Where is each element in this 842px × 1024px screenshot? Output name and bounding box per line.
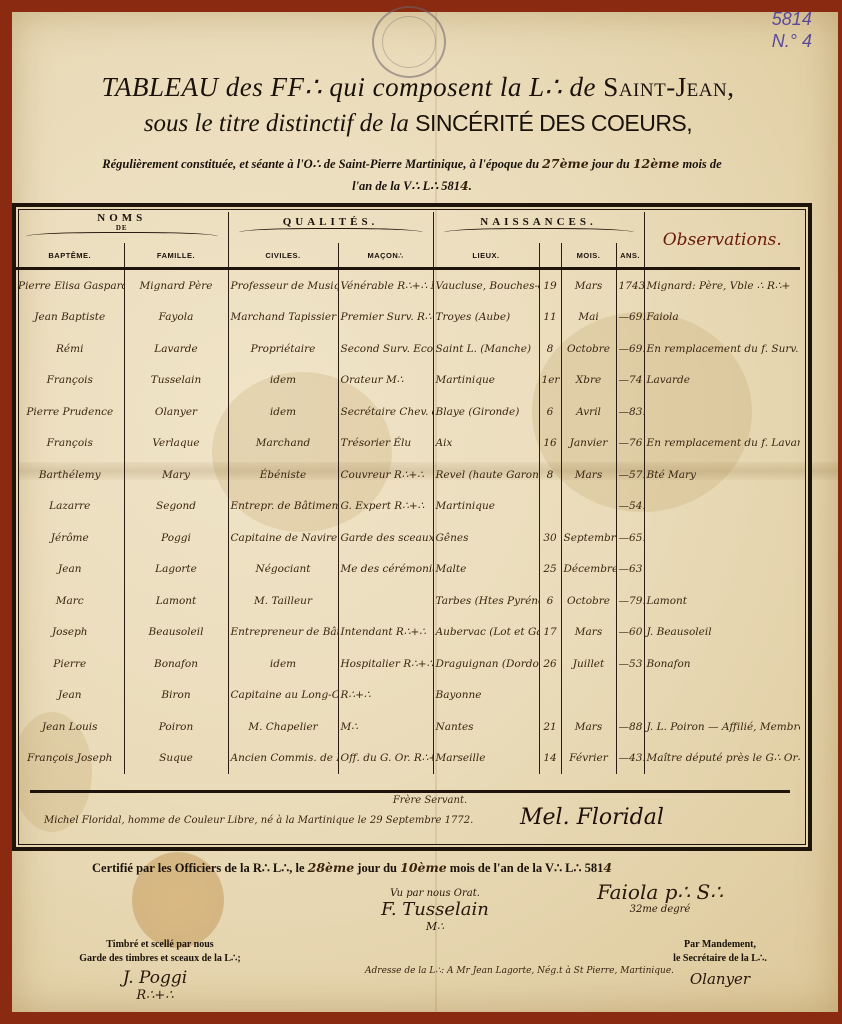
header-observations: Observations. [644,212,800,269]
cell-obs: En remplacement du f. Lavarde — Verlaque [644,428,800,460]
header-qualites: QUALITÉS. [228,212,433,243]
col-ans: ANS. [616,243,644,269]
cell-jour: 8 [539,459,561,491]
cell-macon: Secrétaire Chev. d'Or [338,396,433,428]
cell-famille: Fayola [124,302,228,334]
cell-lieu: Malte [433,554,539,586]
col-bapteme: BAPTÊME. [16,243,124,269]
cell-macon: Premier Surv. R∴+∴ N° [338,302,433,334]
cell-obs: En remplacement du f. Surv. absent de l'… [644,333,800,365]
cell-bapteme: Marc [16,585,124,617]
cell-lieu: Nantes [433,711,539,743]
orator-note: Vu par nous Orat. [360,888,510,899]
cell-obs [644,554,800,586]
cell-an: —76 [616,428,644,460]
cell-lieu: Gênes [433,522,539,554]
cell-mois: Mars [561,269,616,302]
header-naissances: NAISSANCES. [433,212,644,243]
lodge-address: Adresse de la L∴: A Mr Jean Lagorte, Nég… [365,966,674,976]
cell-bapteme: Pierre [16,648,124,680]
header-noms: NOMS DE [16,212,228,243]
cell-an: —69. [616,333,644,365]
cell-lieu: Vaucluse, Bouches-du-Rhône [433,269,539,302]
col-civiles: CIVILES. [228,243,338,269]
title-text: l'an de la V∴ L∴ 581 [352,179,460,193]
table-row: François JosephSuqueAncien Commis. de Ma… [16,743,800,775]
cell-an: —79. [616,585,644,617]
cell-macon: Intendant R∴+∴ [338,617,433,649]
servant-signature: Mel. Floridal [520,805,664,830]
table-row: BarthélemyMaryÉbénisteCouvreur R∴+∴Revel… [16,459,800,491]
secretary-label: Par Mandement, [630,938,810,952]
cell-mois: Mars [561,459,616,491]
table-row: LazarreSegondEntrepr. de Bâtiments & Voy… [16,491,800,523]
cell-famille: Tusselain [124,365,228,397]
cell-lieu: Bayonne [433,680,539,712]
cell-lieu: Troyes (Aube) [433,302,539,334]
cell-macon [338,585,433,617]
cell-bapteme: Jean [16,554,124,586]
cell-mois: Janvier [561,428,616,460]
cell-jour: 6 [539,396,561,428]
cell-jour: 16 [539,428,561,460]
brace-icon [26,232,218,243]
members-register-table: NOMS DE QUALITÉS. NAISSANCES. Observatio… [16,212,800,774]
cell-an: —65. [616,522,644,554]
cell-an: —57. [616,459,644,491]
cell-obs: Lamont [644,585,800,617]
cell-bapteme: Jean [16,680,124,712]
cell-mois: Février [561,743,616,775]
cell-civiles: Capitaine au Long-Cours [228,680,338,712]
cert-text: jour du [357,861,397,875]
title-text: TABLEAU des FF∴ qui composent la L∴ de [101,72,596,102]
cell-civiles: idem [228,396,338,428]
cell-obs: Faiola [644,302,800,334]
cell-lieu: Martinique [433,491,539,523]
cell-bapteme: Jean Baptiste [16,302,124,334]
cell-civiles: idem [228,365,338,397]
cell-an: —43. [616,743,644,775]
cell-famille: Poggi [124,522,228,554]
cell-lieu: Marseille [433,743,539,775]
title-text: sous le titre distinctif de la [144,110,409,137]
cell-jour: 8 [539,333,561,365]
header-label: NAISSANCES. [480,216,596,228]
cell-macon: Couvreur R∴+∴ [338,459,433,491]
table-row: FrançoisVerlaqueMarchandTrésorier ÉluAix… [16,428,800,460]
cell-famille: Beausoleil [124,617,228,649]
brace-icon [444,228,634,239]
cell-jour [539,680,561,712]
cell-macon: Vénérable R∴+∴ N° [338,269,433,302]
cell-famille: Suque [124,743,228,775]
cell-jour: 30 [539,522,561,554]
keeper-label: Timbré et scellé par nous [40,938,280,952]
orator-grade: M∴ [360,920,510,933]
archive-ref-number: N.° 4 [772,30,812,52]
cell-obs: Bté Mary [644,459,800,491]
title-text: mois de [682,157,721,171]
cell-famille: Bonafon [124,648,228,680]
cell-famille: Lavarde [124,333,228,365]
cell-lieu: Revel (haute Garonne) [433,459,539,491]
cell-lieu: Aubervac (Lot et Garonne) [433,617,539,649]
cert-text: Certifié par les Officiers de la R∴ L∴, … [92,861,305,875]
cell-jour: 26 [539,648,561,680]
cell-civiles: idem [228,648,338,680]
handwritten-month: 10ème [400,860,447,875]
cell-jour: 25 [539,554,561,586]
cell-famille: Poiron [124,711,228,743]
keeper-signature-block: J. Poggi R∴+∴ [90,968,220,1003]
cell-mois: Septembre [561,522,616,554]
cell-an: —74 [616,365,644,397]
table-row: Jean BaptisteFayolaMarchand TapissierPre… [16,302,800,334]
table-row: FrançoisTusselainidemOrateur M∴Martiniqu… [16,365,800,397]
table-row: PierreBonafonidemHospitalier R∴+∴Draguig… [16,648,800,680]
cell-famille: Lagorte [124,554,228,586]
cell-civiles: Professeur de Musique [228,269,338,302]
cell-obs [644,491,800,523]
cell-jour: 17 [539,617,561,649]
cell-an [616,680,644,712]
cell-famille: Segond [124,491,228,523]
cell-mois: Mai [561,302,616,334]
handwritten-day: 28ème [308,860,355,875]
cell-mois: Octobre [561,585,616,617]
cell-civiles: Entrepr. de Bâtiments & Voyer [228,491,338,523]
lodge-seal-stamp-icon [372,6,446,78]
cell-famille: Olanyer [124,396,228,428]
cell-civiles: Marchand Tapissier [228,302,338,334]
servant-label: Frère Servant. [393,795,467,806]
keeper-signature: J. Poggi [90,968,220,988]
table-row: JérômePoggiCapitaine de NavireGarde des … [16,522,800,554]
cell-macon: Second Surv. Ecossais [338,333,433,365]
handwritten-month: 12ème [633,156,680,171]
lodge-name: Saint-Jean, [603,72,734,102]
table-row: Jean LouisPoironM. ChapelierM∴Nantes21Ma… [16,711,800,743]
cell-jour: 6 [539,585,561,617]
header-label: DE [18,224,226,232]
cell-jour: 14 [539,743,561,775]
cell-bapteme: François Joseph [16,743,124,775]
cell-famille: Lamont [124,585,228,617]
handwritten-day: 27ème [542,156,589,171]
cell-obs: Bonafon [644,648,800,680]
header-label: NOMS [97,212,146,224]
col-jour [539,243,561,269]
cell-mois: Mars [561,711,616,743]
cell-famille: Mary [124,459,228,491]
cell-civiles: Ébéniste [228,459,338,491]
cell-bapteme: Jérôme [16,522,124,554]
cell-obs [644,522,800,554]
cell-lieu: Tarbes (Htes Pyrénées) [433,585,539,617]
cert-text: mois de l'an de la V∴ L∴ 581 [450,861,604,875]
title-text: . [469,179,472,193]
cell-macon: Orateur M∴ [338,365,433,397]
cell-an: —83. [616,396,644,428]
cell-an: —88 [616,711,644,743]
cell-obs: Mignard: Père, Vble ∴ R∴+ [644,269,800,302]
cell-bapteme: Joseph [16,617,124,649]
cell-civiles: M. Chapelier [228,711,338,743]
cell-famille: Mignard Père [124,269,228,302]
orator-signature-block: Vu par nous Orat. F. Tusselain M∴ [360,888,510,933]
cell-obs: Lavarde [644,365,800,397]
secretary-signature: Olanyer [670,970,770,988]
cell-jour: 19 [539,269,561,302]
cell-obs: J. Beausoleil [644,617,800,649]
title-line-2: sous le titre distinctif de la SINCÉRITÉ… [18,110,818,138]
cell-bapteme: François [16,365,124,397]
cell-civiles: Entrepreneur de Bâtiments [228,617,338,649]
cell-bapteme: Jean Louis [16,711,124,743]
title-line-4: l'an de la V∴ L∴ 5814. [8,178,816,194]
cell-obs [644,396,800,428]
cell-civiles: Capitaine de Navire [228,522,338,554]
cell-famille: Verlaque [124,428,228,460]
table-row: RémiLavardePropriétaireSecond Surv. Ecos… [16,333,800,365]
table-row: Pierre Elisa GaspardMignard PèreProfesse… [16,269,800,302]
cell-mois [561,491,616,523]
cell-bapteme: Pierre Prudence [16,396,124,428]
cell-civiles: M. Tailleur [228,585,338,617]
cell-lieu: Aix [433,428,539,460]
servant-text: Michel Floridal, homme de Couleur Libre,… [44,815,473,826]
cell-obs: Maître député près le G∴ Or∴ de France [644,743,800,775]
handwritten-year-digit: 4 [603,860,612,875]
cell-an: —63 [616,554,644,586]
cell-civiles: Marchand [228,428,338,460]
secretary-block: Par Mandement, le Secrétaire de la L∴. [630,938,810,966]
first-warden-grade: 32me degré [590,904,730,915]
cell-an: —69. [616,302,644,334]
cell-civiles: Ancien Commis. de Marine [228,743,338,775]
col-macon: MAÇON∴ [338,243,433,269]
col-famille: FAMILLE. [124,243,228,269]
cell-lieu: Draguignan (Dordogne) [433,648,539,680]
cell-mois: Décembre [561,554,616,586]
col-mois: MOIS. [561,243,616,269]
cell-an: 1743. [616,269,644,302]
col-lieux: LIEUX. [433,243,539,269]
cell-bapteme: Rémi [16,333,124,365]
cell-bapteme: Pierre Elisa Gaspard [16,269,124,302]
cell-lieu: Martinique [433,365,539,397]
orator-signature: F. Tusselain [360,899,510,920]
cell-macon: M∴ [338,711,433,743]
keeper-label: Garde des timbres et sceaux de la L∴; [40,952,280,966]
keeper-of-seals-block: Timbré et scellé par nous Garde des timb… [40,938,280,966]
header-label: QUALITÉS. [283,216,379,228]
table-row: JeanBironCapitaine au Long-CoursR∴+∴Bayo… [16,680,800,712]
archive-reference: 5814 N.° 4 [772,8,812,52]
cell-mois: Octobre [561,333,616,365]
cell-jour: 1er [539,365,561,397]
servant-section: Frère Servant. Michel Floridal, homme de… [30,790,790,841]
cell-obs: J. L. Poiron — Affilié, Membre de la L. … [644,711,800,743]
cell-jour: 11 [539,302,561,334]
cell-macon: G. Expert R∴+∴ [338,491,433,523]
brace-icon [239,228,423,239]
cell-mois: Avril [561,396,616,428]
cell-mois: Xbre [561,365,616,397]
keeper-grade: R∴+∴ [90,988,220,1003]
first-warden-signature-block: Faiola p∴ S∴ 32me degré [590,880,730,915]
secretary-label: le Secrétaire de la L∴. [630,952,810,966]
table-row: JosephBeausoleilEntrepreneur de Bâtiment… [16,617,800,649]
cell-macon: R∴+∴ [338,680,433,712]
table-row: MarcLamontM. TailleurTarbes (Htes Pyréné… [16,585,800,617]
cell-bapteme: Barthélemy [16,459,124,491]
table-row: Pierre PrudenceOlanyeridemSecrétaire Che… [16,396,800,428]
cell-macon: Garde des sceaux et timbres R∴+ [338,522,433,554]
archive-ref-year: 5814 [772,8,812,30]
cell-an: —53 [616,648,644,680]
title-line-3: Régulièrement constituée, et séante à l'… [8,156,816,172]
title-text: jour du [592,157,630,171]
cell-bapteme: François [16,428,124,460]
cell-obs [644,680,800,712]
cell-macon: Trésorier Élu [338,428,433,460]
handwritten-year-digit: 4 [460,178,469,193]
cell-macon: Me des cérémonies M∴ N° [338,554,433,586]
cell-bapteme: Lazarre [16,491,124,523]
table-row: JeanLagorteNégociantMe des cérémonies M∴… [16,554,800,586]
cell-civiles: Propriétaire [228,333,338,365]
cell-mois: Juillet [561,648,616,680]
cell-lieu: Saint L. (Manche) [433,333,539,365]
lodge-distinctive-title: SINCÉRITÉ DES COEURS, [415,110,692,136]
certification-line: Certifié par les Officiers de la R∴ L∴, … [92,860,612,876]
cell-jour: 21 [539,711,561,743]
title-line-1: TABLEAU des FF∴ qui composent la L∴ de S… [18,72,818,103]
cell-an: —54. [616,491,644,523]
cell-macon: Off. du G. Or. R∴+∴ N° [338,743,433,775]
cell-an: —60 [616,617,644,649]
cell-macon: Hospitalier R∴+∴ [338,648,433,680]
cell-mois: Mars [561,617,616,649]
cell-civiles: Négociant [228,554,338,586]
title-text: Régulièrement constituée, et séante à l'… [102,157,539,171]
cell-jour [539,491,561,523]
cell-famille: Biron [124,680,228,712]
first-warden-signature: Faiola p∴ S∴ [590,880,730,904]
cell-lieu: Blaye (Gironde) [433,396,539,428]
cell-mois [561,680,616,712]
